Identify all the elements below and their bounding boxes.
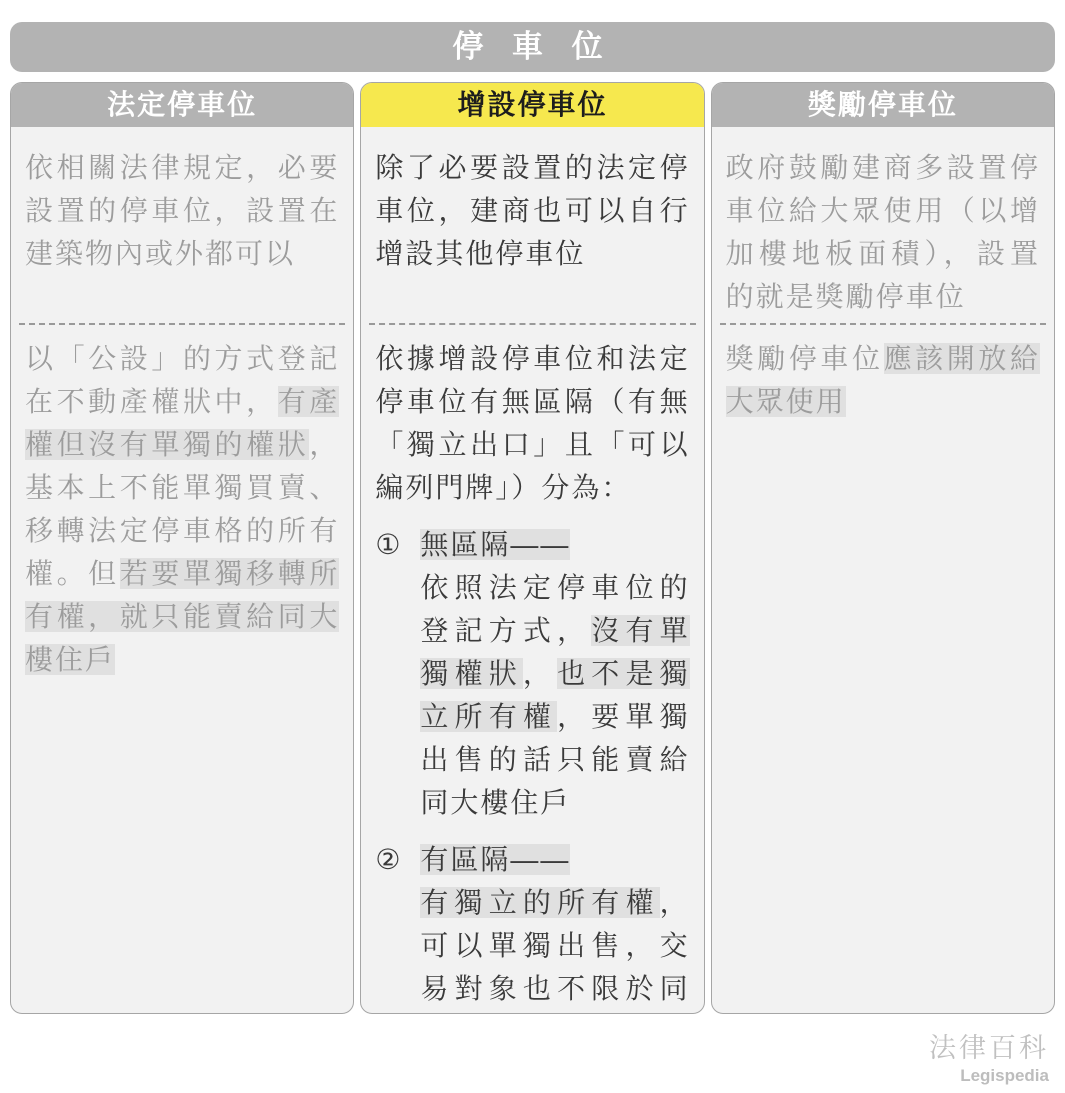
column-statutory-parking: 法定停車位 依相關法律規定，必要設置的停車位，設置在建築物內或外都可以 以「公設… (10, 82, 354, 1014)
column-additional-header: 增設停車位 (361, 83, 703, 127)
plain-text: 依相關法律規定，必要設置的停車位，設置在建築物內或外都可以 (25, 152, 339, 269)
no-partition-text: 依照法定停車位的登記方式，沒有單獨權狀，也不是獨立所有權，要單獨出售的話只能賣給… (420, 566, 689, 824)
with-partition-text: 有獨立的所有權，可以單獨出售，交易對象也不限於同大樓的住戶 (420, 881, 689, 1014)
list-item-content: 有區隔—— 有獨立的所有權，可以單獨出售，交易對象也不限於同大樓的住戶 (420, 838, 689, 1014)
main-title-bar: 停 車 位 (10, 22, 1055, 72)
column-statutory-header: 法定停車位 (11, 83, 353, 127)
column-additional-parking: 增設停車位 除了必要設置的法定停車位，建商也可以自行增設其他停車位 依據增設停車… (360, 82, 704, 1014)
plain-text: 獎勵停車位 (726, 343, 884, 374)
additional-detail-block: 依據增設停車位和法定停車位有無區隔（有無「獨立出口」且「可以編列門牌」）分為： (375, 337, 689, 509)
incentive-detail-text: 獎勵停車位應該開放給大眾使用 (726, 337, 1040, 423)
highlighted-text: 有區隔—— (420, 844, 570, 875)
legispedia-logo: 法律百科 Legispedia (929, 1026, 1049, 1086)
plain-text: 除了必要設置的法定停車位，建商也可以自行增設其他停車位 (375, 152, 689, 269)
highlighted-text: 有獨立的所有權 (420, 887, 659, 918)
statutory-definition-text: 依相關法律規定，必要設置的停車位，設置在建築物內或外都可以 (25, 146, 339, 275)
column-incentive-header: 獎勵停車位 (712, 83, 1054, 127)
incentive-detail-block: 獎勵停車位應該開放給大眾使用 (726, 337, 1040, 423)
column-additional-body: 除了必要設置的法定停車位，建商也可以自行增設其他停車位 依據增設停車位和法定停車… (361, 127, 703, 1014)
dashed-divider (369, 323, 695, 325)
main-title: 停 車 位 (452, 29, 612, 64)
with-partition-label: 有區隔—— (420, 838, 689, 881)
additional-detail-intro: 依據增設停車位和法定停車位有無區隔（有無「獨立出口」且「可以編列門牌」）分為： (375, 337, 689, 509)
circled-number-2: ② (375, 838, 420, 1014)
additional-definition-block: 除了必要設置的法定停車位，建商也可以自行增設其他停車位 (375, 127, 689, 323)
circled-number-1: ① (375, 523, 420, 824)
no-partition-label: 無區隔—— (420, 523, 689, 566)
list-item-content: 無區隔—— 依照法定停車位的登記方式，沒有單獨權狀，也不是獨立所有權，要單獨出售… (420, 523, 689, 824)
dashed-divider (720, 323, 1046, 325)
statutory-definition-block: 依相關法律規定，必要設置的停車位，設置在建築物內或外都可以 (25, 127, 339, 323)
parking-infographic: 停 車 位 法定停車位 依相關法律規定，必要設置的停車位，設置在建築物內或外都可… (0, 0, 1065, 1093)
column-statutory-body: 依相關法律規定，必要設置的停車位，設置在建築物內或外都可以 以「公設」的方式登記… (11, 127, 353, 681)
comparison-columns: 法定停車位 依相關法律規定，必要設置的停車位，設置在建築物內或外都可以 以「公設… (10, 82, 1055, 1014)
additional-definition-text: 除了必要設置的法定停車位，建商也可以自行增設其他停車位 (375, 146, 689, 275)
logo-english-name: Legispedia (929, 1066, 1049, 1086)
list-item-no-partition: ① 無區隔—— 依照法定停車位的登記方式，沒有單獨權狀，也不是獨立所有權，要單獨… (375, 523, 689, 824)
logo-chinese-name: 法律百科 (929, 1026, 1049, 1065)
dashed-divider (19, 323, 345, 325)
highlighted-text: 無區隔—— (420, 529, 570, 560)
incentive-definition-block: 政府鼓勵建商多設置停車位給大眾使用（以增加樓地板面積），設置的就是獎勵停車位 (726, 127, 1040, 323)
column-incentive-body: 政府鼓勵建商多設置停車位給大眾使用（以增加樓地板面積），設置的就是獎勵停車位 獎… (712, 127, 1054, 423)
incentive-definition-text: 政府鼓勵建商多設置停車位給大眾使用（以增加樓地板面積），設置的就是獎勵停車位 (726, 146, 1040, 318)
list-item-with-partition: ② 有區隔—— 有獨立的所有權，可以單獨出售，交易對象也不限於同大樓的住戶 (375, 838, 689, 1014)
statutory-detail-text: 以「公設」的方式登記在不動產權狀中，有產權但沒有單獨的權狀，基本上不能單獨買賣、… (25, 337, 339, 681)
plain-text: 依據增設停車位和法定停車位有無區隔（有無「獨立出口」且「可以編列門牌」）分為： (375, 343, 689, 503)
plain-text: ， (523, 658, 557, 689)
statutory-detail-block: 以「公設」的方式登記在不動產權狀中，有產權但沒有單獨的權狀，基本上不能單獨買賣、… (25, 337, 339, 681)
plain-text: 政府鼓勵建商多設置停車位給大眾使用（以增加樓地板面積），設置的就是獎勵停車位 (726, 152, 1040, 312)
column-incentive-parking: 獎勵停車位 政府鼓勵建商多設置停車位給大眾使用（以增加樓地板面積），設置的就是獎… (711, 82, 1055, 1014)
